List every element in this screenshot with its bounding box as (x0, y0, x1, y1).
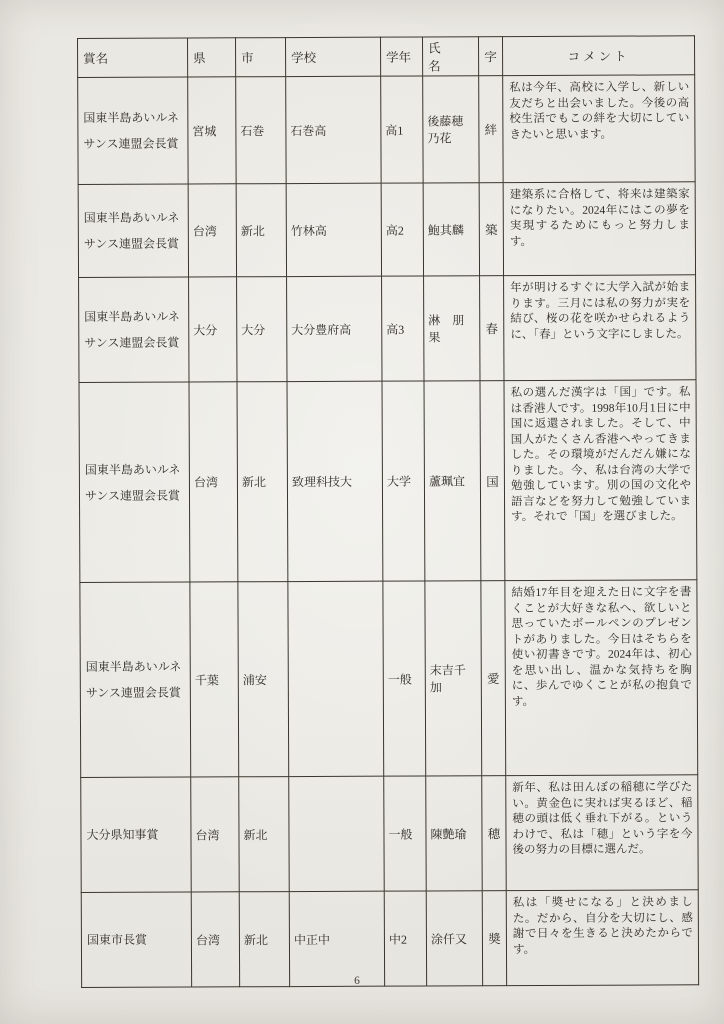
table-row: 国東半島あいルネサンス連盟会長賞 台湾 新北 竹林高 高2 鮑其麟 築 建築系に… (78, 182, 695, 278)
cell-name: 淋 朋果 (424, 276, 480, 381)
cell-comment: 建築系に合格して、将来は建築家になりたい。2024年にはこの夢を実現するためにも… (503, 182, 695, 276)
page-number: 6 (0, 975, 714, 987)
header-comment: コメント (502, 36, 694, 76)
cell-grade: 一般 (383, 581, 426, 776)
table-header-row: 賞名 県 市 学校 学年 氏 名 字 コメント (78, 36, 695, 78)
cell-prefecture: 台湾 (191, 777, 240, 892)
cell-city: 浦安 (238, 582, 289, 777)
cell-school: 致理科技大 (287, 381, 383, 581)
cell-name: 後藤穂乃花 (423, 76, 479, 183)
cell-character: 春 (480, 276, 504, 381)
cell-comment: 年が明けるすぐに大学入試が始まります。三月には私の努力が実を結び、桜の花を咲かせ… (504, 275, 696, 381)
cell-award-name: 国東半島あいルネサンス連盟会長賞 (79, 382, 190, 582)
header-character: 字 (478, 37, 502, 76)
cell-comment: 私は今年、高校に入学し、新しい友だちと出会いました。今後の高校生活でもこの絆を大… (503, 75, 695, 183)
cell-school: 大分豊府高 (287, 276, 382, 381)
cell-school: 石巻高 (286, 76, 381, 183)
cell-name: 陳艶瑜 (426, 776, 483, 891)
cell-city: 大分 (237, 277, 287, 382)
cell-prefecture: 大分 (189, 277, 237, 382)
cell-prefecture: 台湾 (191, 892, 239, 987)
table-row: 国東市長賞 台湾 新北 中正中 中2 涂仟又 奬 私は「奬せになる」と決めました… (81, 890, 698, 988)
cell-school (289, 776, 385, 891)
cell-prefecture: 台湾 (188, 184, 236, 277)
cell-award-name: 国東半島あいルネサンス連盟会長賞 (80, 582, 191, 777)
cell-city: 新北 (239, 892, 289, 987)
cell-character: 穂 (482, 776, 507, 891)
cell-award-name: 国東半島あいルネサンス連盟会長賞 (79, 277, 189, 382)
cell-grade: 中2 (384, 891, 426, 986)
header-prefecture: 県 (188, 38, 236, 77)
cell-grade: 一般 (384, 776, 427, 891)
cell-grade: 高3 (382, 276, 424, 381)
table-row: 国東半島あいルネサンス連盟会長賞 宮城 石巻 石巻高 高1 後藤穂乃花 絆 私は… (78, 75, 695, 185)
cell-school: 竹林高 (286, 183, 381, 276)
cell-grade: 大学 (382, 381, 425, 581)
cell-name: 涂仟又 (426, 891, 482, 986)
table-row: 国東半島あいルネサンス連盟会長賞 台湾 新北 致理科技大 大学 蘆珮宜 国 私の… (79, 380, 697, 583)
header-city: 市 (236, 38, 286, 77)
cell-city: 新北 (236, 184, 286, 277)
cell-city: 新北 (237, 382, 288, 582)
cell-grade: 高1 (381, 76, 423, 183)
cell-comment: 私は「奬せになる」と決めました。だから、自分を大切にし、感謝で日々を生きると決め… (506, 890, 698, 986)
cell-school: 中正中 (289, 891, 384, 986)
table-row: 国東半島あいルネサンス連盟会長賞 大分 大分 大分豊府高 高3 淋 朋果 春 年… (79, 275, 696, 383)
cell-award-name: 大分県知事賞 (81, 777, 192, 892)
header-award-name: 賞名 (78, 38, 188, 77)
table-row: 国東半島あいルネサンス連盟会長賞 千葉 浦安 一般 末吉千加 愛 結婚17年目を… (80, 580, 698, 778)
cell-prefecture: 台湾 (189, 382, 238, 582)
cell-award-name: 国東市長賞 (81, 892, 191, 987)
cell-comment: 新年、私は田んぼの稲穂に学びたい。黄金色に実れば実るほど、稲穂の頭は低く垂れ下が… (506, 775, 698, 891)
cell-character: 築 (479, 183, 503, 276)
cell-character: 国 (480, 381, 505, 581)
cell-comment: 私の選んだ漢字は「国」です。私は香港人です。1998年10月1日に中国に返還され… (504, 380, 697, 581)
cell-prefecture: 宮城 (188, 77, 236, 184)
cell-character: 絆 (479, 76, 503, 183)
award-results-table: 賞名 県 市 学校 学年 氏 名 字 コメント 国東半島あいルネサンス連盟会長賞… (77, 35, 699, 988)
header-grade: 学年 (380, 37, 422, 76)
header-school: 学校 (286, 37, 381, 76)
cell-school (288, 581, 384, 776)
cell-city: 新北 (239, 777, 290, 892)
cell-comment: 結婚17年目を迎えた日に文字を書くことが大好きな私へ、欲しいと思っていたボールペ… (505, 580, 698, 776)
cell-award-name: 国東半島あいルネサンス連盟会長賞 (78, 77, 188, 184)
cell-prefecture: 千葉 (190, 582, 239, 777)
table-row: 大分県知事賞 台湾 新北 一般 陳艶瑜 穂 新年、私は田んぼの稲穂に学びたい。黄… (81, 775, 698, 893)
cell-character: 愛 (481, 581, 506, 776)
header-name: 氏 名 (422, 37, 478, 76)
cell-city: 石巻 (236, 77, 286, 184)
cell-award-name: 国東半島あいルネサンス連盟会長賞 (78, 184, 188, 277)
cell-name: 鮑其麟 (423, 183, 479, 276)
cell-grade: 高2 (381, 183, 423, 276)
cell-name: 蘆珮宜 (424, 381, 481, 581)
cell-name: 末吉千加 (425, 581, 482, 776)
cell-character: 奬 (482, 891, 506, 986)
scanned-page: 賞名 県 市 学校 学年 氏 名 字 コメント 国東半島あいルネサンス連盟会長賞… (0, 0, 724, 1024)
